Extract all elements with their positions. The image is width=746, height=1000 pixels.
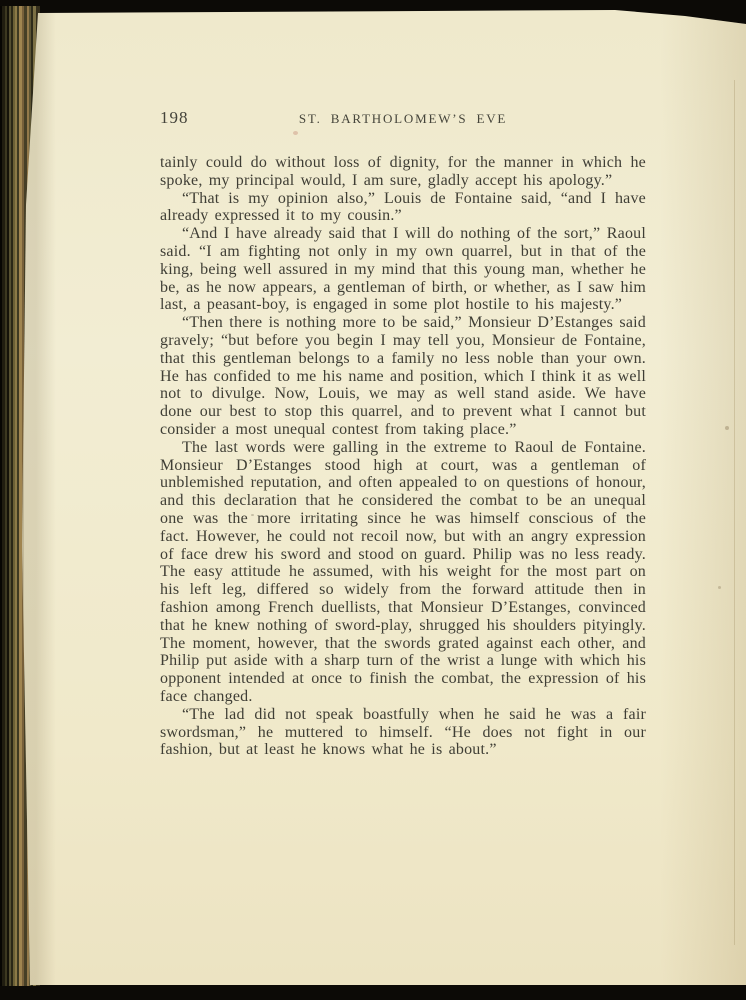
foxing-speck <box>718 586 721 589</box>
foxing-speck <box>725 426 729 430</box>
paragraph: “And I have already said that I will do … <box>160 225 646 314</box>
paragraph: “The lad did not speak boastfully when h… <box>160 706 646 759</box>
paragraph: “That is my opinion also,” Louis de Font… <box>160 190 646 226</box>
running-title: ST. BARTHOLOMEW’S EVE <box>160 111 646 127</box>
running-head: 198 ST. BARTHOLOMEW’S EVE <box>160 108 646 128</box>
paragraph: “Then there is nothing more to be said,”… <box>160 314 646 439</box>
scanned-book-photo: 198 ST. BARTHOLOMEW’S EVE tainly could d… <box>0 0 746 1000</box>
page-content: 198 ST. BARTHOLOMEW’S EVE tainly could d… <box>160 108 646 759</box>
fore-edge-crease <box>734 80 735 945</box>
page-body: tainly could do without loss of dignity,… <box>160 154 646 759</box>
paragraph: tainly could do without loss of dignity,… <box>160 154 646 190</box>
book-page: 198 ST. BARTHOLOMEW’S EVE tainly could d… <box>20 10 746 985</box>
paragraph: The last words were galling in the extre… <box>160 439 646 706</box>
